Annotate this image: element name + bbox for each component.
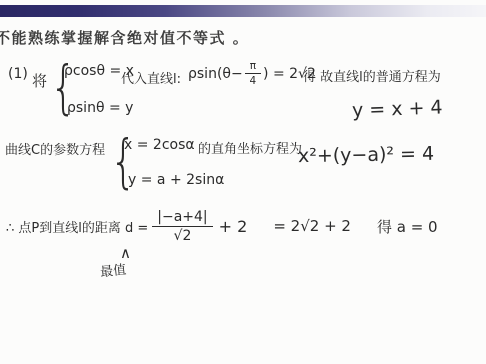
step3-distance-line: ∴ 点P到直线l的距离 d = |−a+4| √2 + 2 = 2√2 + 2 … [6, 202, 438, 250]
step1-result-phrase: 得 故直线l的普通方程为 [303, 66, 441, 85]
insertion-annotation: 最值 [99, 259, 127, 281]
header-gradient-bar [0, 5, 486, 17]
circle-equation: x²+(y−a)² = 4 [298, 143, 434, 167]
fraction-numerator: |−a+4| [152, 209, 212, 227]
step1-index: (1) [8, 66, 28, 82]
fraction-denominator: 4 [250, 74, 257, 87]
plus-two-term: + 2 [219, 217, 248, 236]
pi-over-4-fraction: π 4 [245, 60, 261, 87]
step3-intro: ∴ 点P到直线l的距离 d = [6, 217, 148, 236]
step1-polar-equation: ρsin(θ− π 4 ) = 2√2 [188, 60, 316, 87]
evaluated-value: = 2√2 + 2 [273, 217, 351, 235]
step2-system-line2: y = a + 2sinα [128, 172, 224, 188]
step2-intro: 曲线C的参数方程 [5, 139, 105, 158]
step1-action: 将 [32, 70, 47, 91]
step2-system-line1: x = 2cosα [124, 137, 195, 153]
conclusion-a-value: 得 a = 0 [377, 216, 438, 237]
fraction-numerator: π [245, 60, 261, 74]
fraction-denominator: √2 [174, 227, 192, 244]
step2-mid-phrase: 的直角坐标方程为 [198, 138, 302, 157]
step1-system-line2: ρsinθ = y [67, 100, 133, 116]
polar-eq-prefix: ρsin(θ− [188, 66, 243, 82]
slide-canvas: 不能熟练掌握解含绝对值不等式 。 (1) 将 { ρcosθ = x ρsinθ… [0, 0, 486, 364]
slide-heading: 不能熟练掌握解含绝对值不等式 。 [0, 27, 249, 48]
step1-substitute-label: 代入直线l: [121, 68, 181, 87]
line-l-equation: y = x + 4 [352, 96, 443, 121]
distance-fraction: |−a+4| √2 [152, 209, 212, 244]
